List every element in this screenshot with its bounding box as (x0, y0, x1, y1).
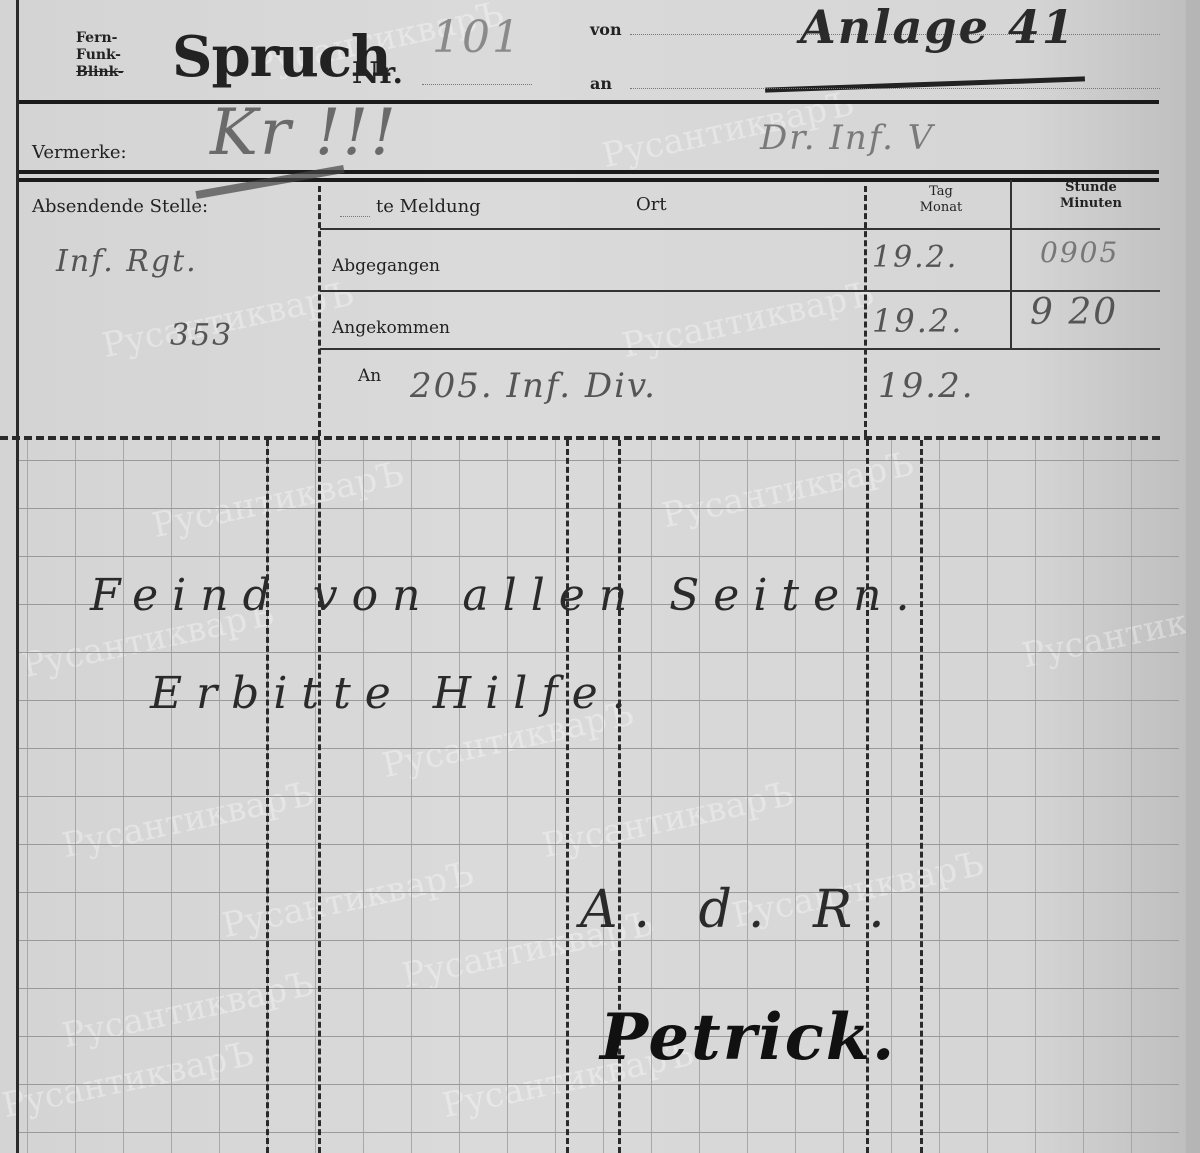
grid-divider-6 (920, 440, 923, 1153)
an-label: an (590, 74, 612, 93)
message-form: РусантикварЪ РусантикварЪ РусантикварЪ Р… (0, 0, 1200, 1153)
an-row-value: 205. Inf. Div. (410, 366, 657, 406)
message-line-1: Feind von allen Seiten. (90, 570, 923, 621)
vermerke-rule-1 (19, 170, 1159, 174)
angekommen-label: Angekommen (332, 318, 450, 338)
grid-divider-2 (318, 440, 321, 1153)
vermerke-extra: Dr. Inf. V (760, 118, 934, 158)
number-value: 101 (432, 12, 522, 63)
angekommen-date: 19.2. (872, 302, 963, 340)
an-dotline (630, 88, 1160, 89)
tag-label: Tag (906, 184, 976, 200)
meldung-dotline (340, 216, 370, 217)
an-row-label: An (358, 366, 381, 386)
stunde-label: Stunde (1046, 180, 1136, 196)
message-grid (19, 440, 1179, 1153)
number-label: Nr. (352, 56, 403, 91)
row-rule-3 (320, 348, 1160, 350)
sender-label: Absendende Stelle: (32, 196, 208, 217)
an-row-date: 19.2. (878, 366, 975, 406)
sender-value-line1: Inf. Rgt. (56, 244, 198, 279)
vermerke-rule-2 (19, 178, 1159, 182)
von-label: von (590, 20, 622, 39)
header-rule (19, 100, 1159, 104)
scan-edge (1186, 0, 1200, 1153)
von-underline (765, 76, 1085, 92)
divider-time (1010, 180, 1012, 348)
signature-prefix: A. d. R. (580, 880, 901, 940)
abgegangen-date: 19.2. (872, 240, 958, 275)
type-blink: Blink- (76, 64, 124, 81)
header-dashed-separator (0, 436, 1160, 440)
grid-divider-3 (566, 440, 569, 1153)
grid-divider-1 (266, 440, 269, 1153)
abgegangen-time: 0905 (1040, 236, 1119, 269)
stunde-minuten-label: Stunde Minuten (1046, 180, 1136, 212)
minuten-label: Minuten (1046, 196, 1136, 212)
abgegangen-label: Abgegangen (332, 256, 440, 276)
row-rule-1 (320, 228, 1160, 230)
number-dotline (422, 84, 532, 85)
vermerke-label: Vermerke: (32, 142, 127, 163)
form-type-stack: Fern- Funk- Blink- (76, 30, 124, 81)
type-fern: Fern- (76, 30, 124, 47)
sender-value-line2: 353 (170, 318, 233, 353)
meldung-label: te Meldung (376, 196, 481, 217)
watermark: РусантикварЪ (619, 274, 877, 366)
divider-sender (318, 186, 321, 436)
ort-label: Ort (636, 194, 667, 215)
divider-date (864, 186, 867, 436)
monat-label: Monat (906, 200, 976, 216)
signature: Petrick. (600, 1000, 896, 1075)
vermerke-value: Kr !!! (210, 96, 398, 170)
von-value: Anlage 41 (800, 0, 1076, 54)
angekommen-time: 9 20 (1030, 292, 1118, 333)
type-funk: Funk- (76, 47, 124, 64)
message-line-2: Erbitte Hilfe. (150, 668, 640, 719)
tag-monat-label: Tag Monat (906, 184, 976, 216)
